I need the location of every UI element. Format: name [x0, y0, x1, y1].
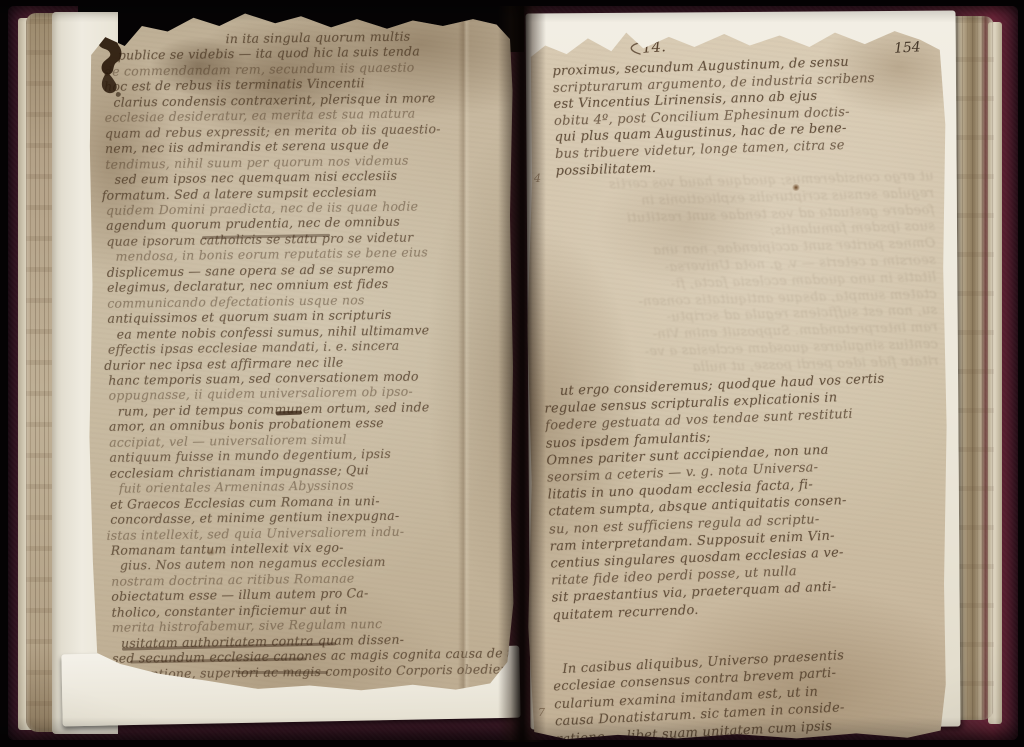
right-page-paragraph-2: ut ergo consideremus; quodque haud vos c…	[544, 369, 945, 625]
underline-stroke	[236, 671, 328, 674]
fox-spot	[792, 184, 800, 191]
fox-spot	[206, 548, 216, 556]
right-page-paragraph-1: proximus, secundum Augustinum, de sensus…	[552, 52, 941, 180]
right-page-paragraph-3: In casibus aliquibus, Universo praesenti…	[552, 643, 942, 742]
left-page-text: in ita singula quorum multispublice se v…	[103, 27, 514, 682]
margin-mark: 7	[538, 706, 545, 719]
manuscript-photo: in ita singula quorum multispublice se v…	[0, 0, 1024, 747]
right-manuscript-page: 14. 154 4 7 proximus, secundum Augustinu…	[524, 24, 950, 742]
left-manuscript-page: in ita singula quorum multispublice se v…	[86, 8, 516, 700]
bleed-through-ghost-text: ut ergo consideremus; quodque haud vos c…	[539, 169, 938, 377]
